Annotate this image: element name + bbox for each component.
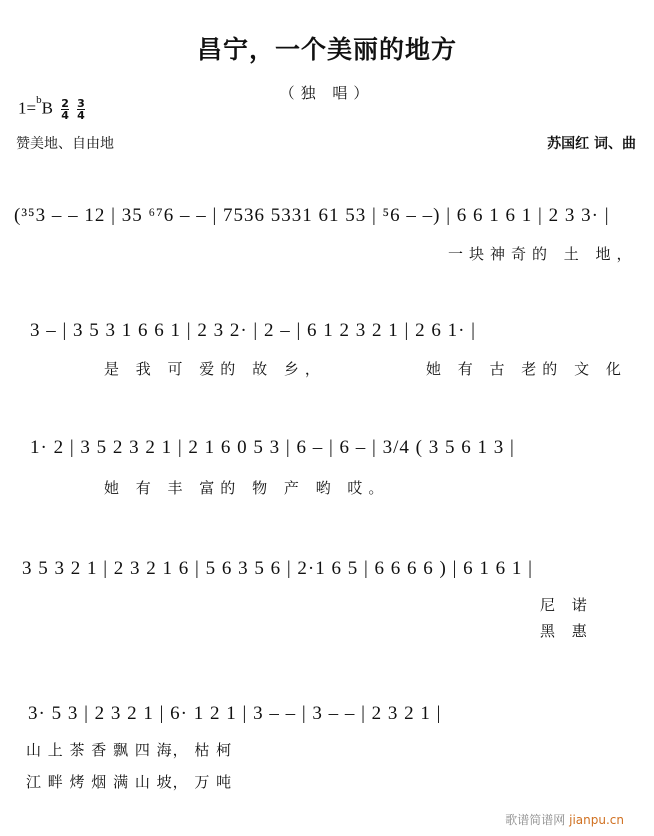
time-signature-1: 24 (61, 98, 69, 121)
song-title: 昌宁，一个美丽的地方 (0, 30, 654, 66)
watermark: 歌谱简谱网 jianpu.cn (505, 811, 624, 828)
watermark-brand: jianpu.cn (569, 813, 624, 827)
key-signature: 1=bB 24 34 (18, 98, 85, 121)
flat-icon: b (36, 94, 42, 106)
time-signature-2: 34 (77, 98, 85, 121)
lyric-line-1: 一块神奇的 土 地， (448, 243, 638, 264)
lyric-line-1: 是 我 可 爱的 故 乡， (104, 358, 326, 379)
lyric-line-2: 黑 惠 (540, 620, 593, 641)
lyric-line-2: 江 畔 烤 烟 满 山 坡， 万 吨 (26, 771, 232, 792)
key-label: 1= (18, 99, 36, 118)
lyric-line-1: 尼 诺 (540, 594, 593, 615)
notation-line: 3· 5 3 | 2 3 2 1 | 6· 1 2 1 | 3 – – | 3 … (28, 703, 441, 725)
notation-line: (³⁵3 – – 12 | 35 ⁶⁷6 – – | 7536 5331 61 … (14, 205, 610, 227)
notation-line: 3 – | 3 5 3 1 6 6 1 | 2 3 2· | 2 – | 6 1… (30, 320, 476, 342)
key-note: B (42, 99, 53, 118)
lyric-line-1: 山 上 茶 香 飘 四 海， 枯 柯 (26, 739, 232, 760)
performance-type: （独 唱） (0, 82, 654, 103)
notation-line: 1· 2 | 3 5 2 3 2 1 | 2 1 6 0 5 3 | 6 – |… (30, 437, 515, 459)
lyric-line-2: 她 有 古 老的 文 化 (426, 358, 627, 379)
lyric-line-1: 她 有 丰 富的 物 产 哟 哎。 (104, 477, 389, 498)
credits: 苏国红 词、曲 (547, 133, 636, 153)
tempo-expression: 赞美地、自由地 (16, 133, 114, 153)
notation-line: 3 5 3 2 1 | 2 3 2 1 6 | 5 6 3 5 6 | 2·1 … (22, 558, 533, 580)
